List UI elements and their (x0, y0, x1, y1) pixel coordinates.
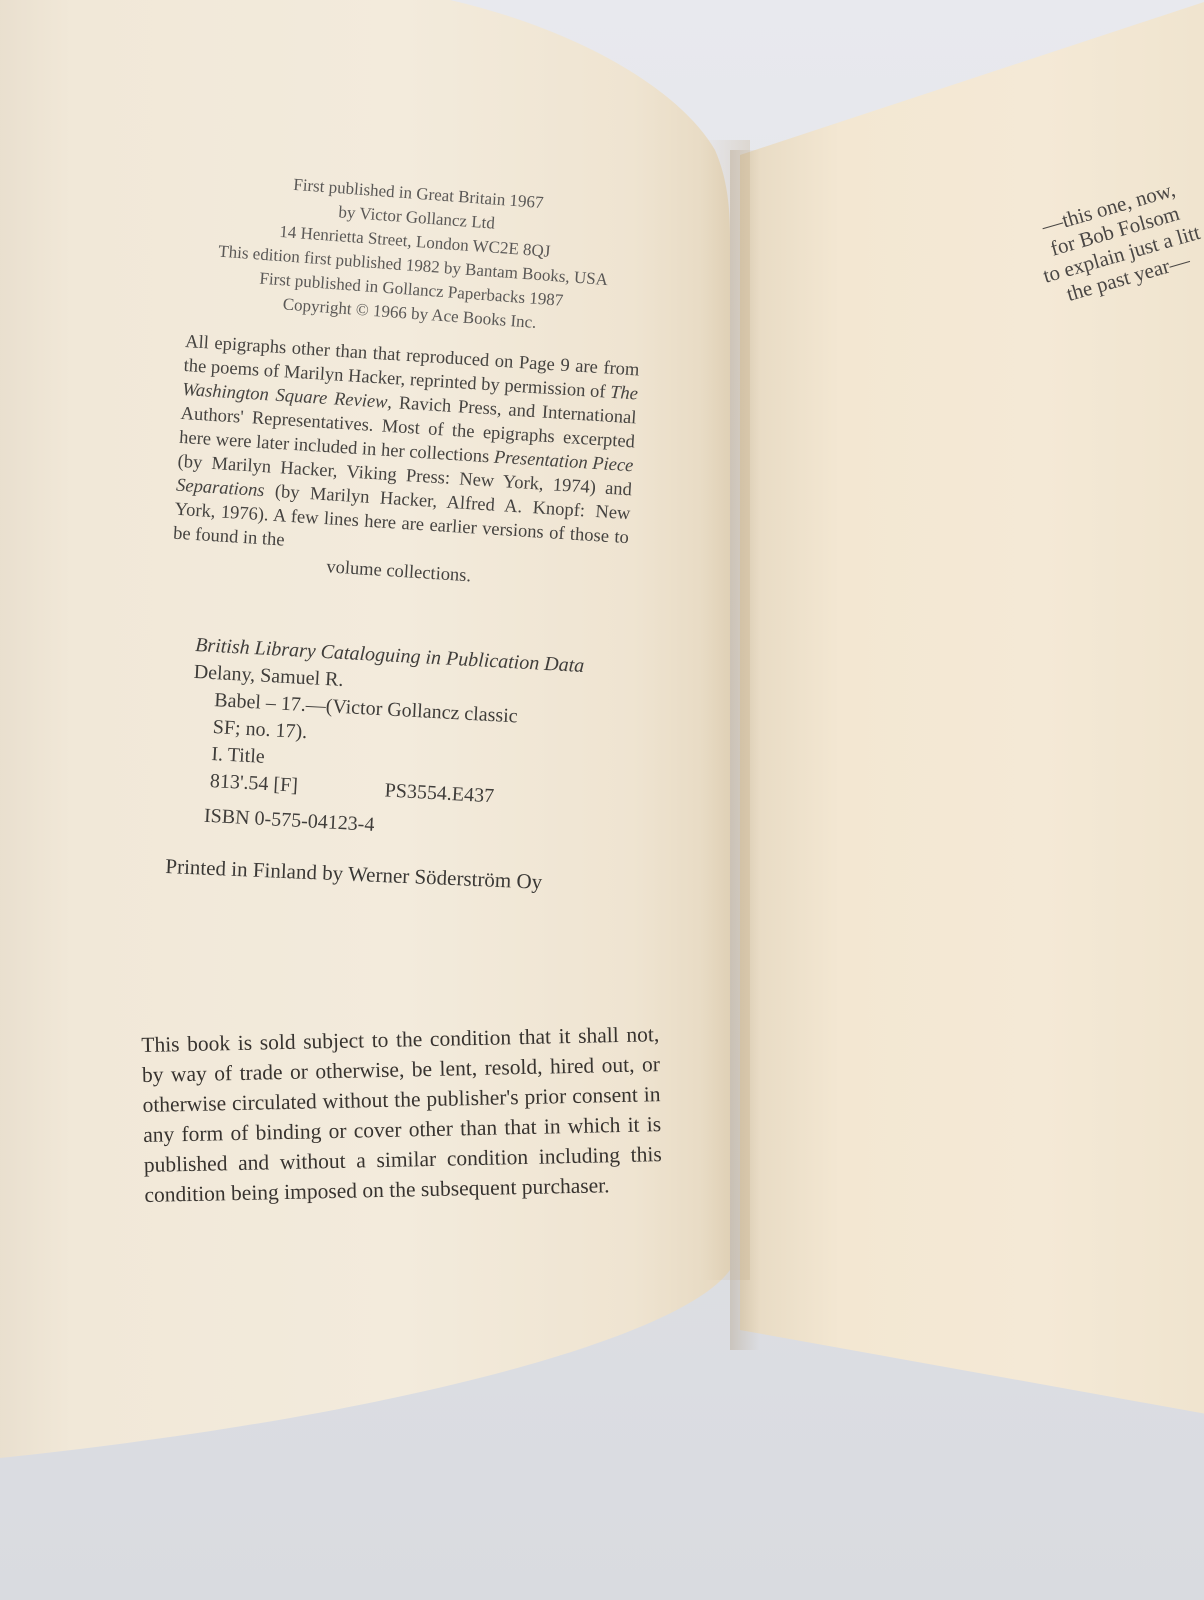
cip-lc-class: PS3554.E437 (384, 779, 494, 807)
collection-title: Separations (176, 476, 265, 502)
sale-conditions: This book is sold subject to the conditi… (141, 1019, 663, 1210)
cataloguing-data: British Library Cataloguing in Publicati… (185, 632, 665, 854)
epigraph-permissions: All epigraphs other than that reproduced… (171, 330, 640, 598)
gutter-shadow (730, 150, 760, 1350)
